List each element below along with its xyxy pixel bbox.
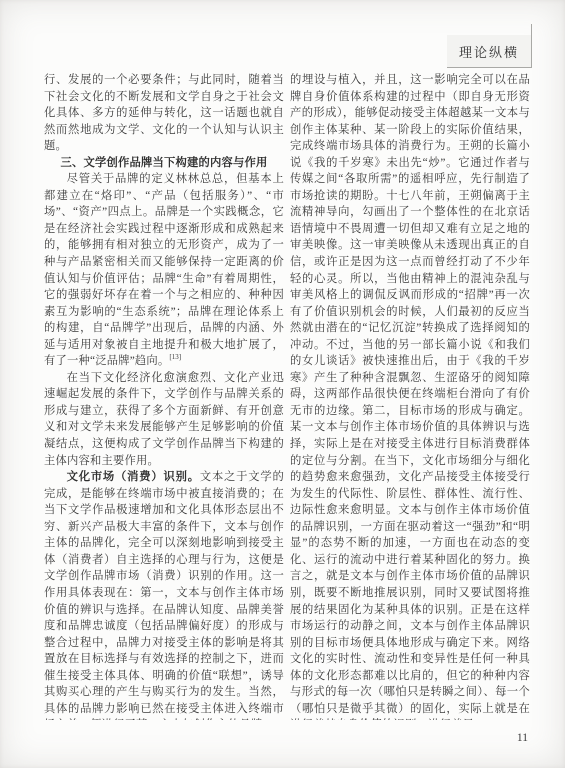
column-header-label: 理论纵横 <box>447 35 531 68</box>
paragraph-market-identification: 文化市场（消费）识别。文本之于文学的完成，是能够在终端市场中被直接消费的；在当下… <box>44 469 284 720</box>
page-number: 11 <box>517 732 528 744</box>
paragraph-intro-continued: 行、发展的一个必要条件；与此同时，随着当下社会文化的不断发展和文学自身之于社会文… <box>44 72 284 155</box>
column-header-tab: 理论纵横 <box>447 24 532 68</box>
paragraph-brand-definition-text: 尽管关于品牌的定义林林总总，但基本上都建立在“烙印”、“产品（包括服务）”、“市… <box>44 173 284 367</box>
left-text-column: 行、发展的一个必要条件；与此同时，随着当下社会文化的不断发展和文学自身之于社会文… <box>44 72 284 720</box>
text-columns: 行、发展的一个必要条件；与此同时，随着当下社会文化的不断发展和文学自身之于社会文… <box>44 72 530 720</box>
paragraph-industry-context: 在当下文化经济化愈演愈烈、文化产业迅速崛起发展的条件下，文学创作与品牌关系的形成… <box>44 370 284 469</box>
footnote-ref: [13] <box>169 354 181 362</box>
journal-page: 理论纵横 行、发展的一个必要条件；与此同时，随着当下社会文化的不断发展和文学自身… <box>0 0 565 768</box>
paragraph-brand-definition: 尽管关于品牌的定义林林总总，但基本上都建立在“烙印”、“产品（包括服务）”、“市… <box>44 171 284 370</box>
section-heading: 三、文学创作品牌当下构建的内容与作用 <box>44 155 284 172</box>
right-text-column: 的埋设与植入，并且，这一影响完全可以在品牌自身价值体系构建的过程中（即自身无形资… <box>290 72 530 720</box>
paragraph-market-identification-text: 文本之于文学的完成，是能够在终端市场中被直接消费的；在当下文学作品极速增加和文化… <box>44 471 284 720</box>
paragraph-right-continued: 的埋设与植入，并且，这一影响完全可以在品牌自身价值体系构建的过程中（即自身无形资… <box>290 72 530 720</box>
paragraph-lead-bold: 文化市场（消费）识别。 <box>67 471 200 483</box>
